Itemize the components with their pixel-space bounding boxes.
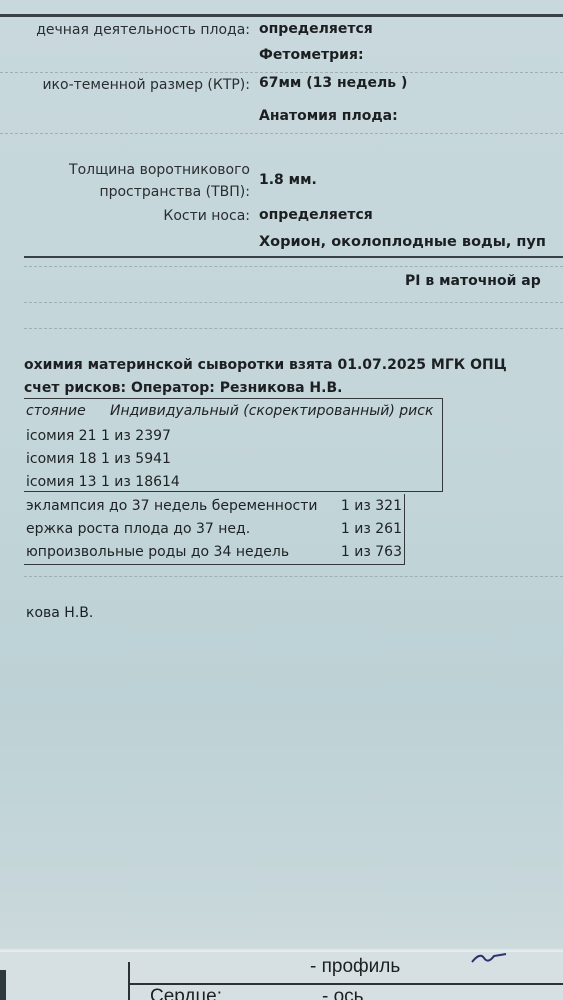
crl-label: ико-теменной размер (КТР): xyxy=(42,77,250,93)
table-border xyxy=(128,962,130,1000)
crl-value: 67мм (13 недель ) xyxy=(259,75,407,91)
fetometry-heading: Фетометрия: xyxy=(259,47,364,63)
row-risk: 1 из 321 xyxy=(341,498,402,514)
row-condition: ісомия 21 xyxy=(26,428,97,444)
table-row: ісомия 13 1 из 18614 xyxy=(26,474,180,490)
dotted-rule xyxy=(24,328,563,329)
dotted-rule xyxy=(24,576,563,577)
table-row: ісомия 21 1 из 2397 xyxy=(26,428,171,444)
profile-label: - профиль xyxy=(310,956,400,978)
table-border xyxy=(130,983,563,985)
table-row: ісомия 18 1 из 5941 xyxy=(26,451,171,467)
section-rule xyxy=(24,256,563,258)
heart-activity-value: определяется xyxy=(259,21,373,37)
chorion-heading: Хорион, околоплодные воды, пуп xyxy=(259,234,546,250)
axis-label: - ось xyxy=(322,986,364,1000)
nt-label-line2: пространства (ТВП): xyxy=(99,184,250,200)
nt-value: 1.8 мм. xyxy=(259,172,317,188)
row-risk: 1 из 2397 xyxy=(101,428,171,444)
heart-label: Сердце: xyxy=(150,986,222,1000)
row-risk: 1 из 18614 xyxy=(101,474,180,490)
pi-heading: PI в маточной ар xyxy=(405,273,541,289)
anatomy-heading: Анатомия плода: xyxy=(259,108,398,124)
table-row: эклампсия до 37 недель беременности 1 из… xyxy=(26,498,404,514)
pen-mark-icon xyxy=(470,950,510,966)
risk-header-risk: Индивидуальный (скоректированный) риск xyxy=(110,403,433,419)
nt-label-line1: Толщина воротникового xyxy=(69,162,250,178)
risk-header-condition: стояние xyxy=(26,403,86,419)
dotted-rule xyxy=(24,302,563,303)
dotted-rule xyxy=(0,133,563,134)
row-condition: ісомия 18 xyxy=(26,451,97,467)
dotted-rule xyxy=(24,266,563,267)
row-condition: ісомия 13 xyxy=(26,474,97,490)
row-risk: 1 из 5941 xyxy=(101,451,171,467)
row-condition: юпроизвольные роды до 34 недель xyxy=(26,544,289,560)
row-risk: 1 из 261 xyxy=(341,521,402,537)
biochemistry-line: охимия материнской сыворотки взята 01.07… xyxy=(24,357,507,373)
signature: кова Н.В. xyxy=(26,605,93,621)
nasal-bone-value: определяется xyxy=(259,207,373,223)
heart-activity-label: дечная деятельность плода: xyxy=(36,22,250,38)
row-condition: эклампсия до 37 недель беременности xyxy=(26,498,317,514)
row-condition: ержка роста плода до 37 нед. xyxy=(26,521,250,537)
risk-operator-line: счет рисков: Оператор: Резникова Н.В. xyxy=(24,380,342,396)
table-row: ержка роста плода до 37 нед. 1 из 261 xyxy=(26,521,404,537)
dark-edge xyxy=(0,970,6,1000)
table-row: юпроизвольные роды до 34 недель 1 из 763 xyxy=(26,544,404,560)
row-risk: 1 из 763 xyxy=(341,544,402,560)
top-rule xyxy=(0,14,563,17)
nasal-bone-label: Кости носа: xyxy=(163,208,250,224)
dotted-rule xyxy=(0,72,563,73)
